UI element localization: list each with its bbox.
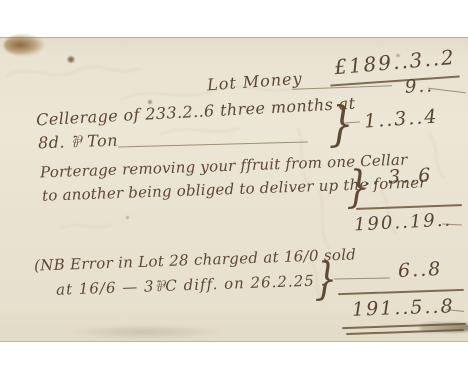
subtotal-value: 190..19.. — [354, 209, 453, 235]
foxing-speck-3 — [126, 216, 129, 219]
error-note-value: 6..8 — [397, 258, 442, 282]
total-rule — [338, 289, 464, 295]
porterage-value: .. 3..6 — [363, 164, 432, 190]
lot-money-value: 9.. — [404, 75, 434, 97]
bottom-smudge — [70, 326, 220, 338]
lot-money-label: Lot Money — [206, 69, 303, 95]
manuscript-page: £189..3..2 Lot Money 9.. Cellerage of 23… — [0, 37, 468, 342]
cellerage-curly-brace: } — [329, 96, 353, 152]
cellerage-line2: 8d. ⅌ Ton — [38, 129, 119, 154]
total-value: 191..5..8 — [352, 295, 455, 321]
cellerage-value: 1..3..4 — [363, 105, 439, 132]
amount-brought-forward: £189..3..2 — [333, 45, 456, 80]
cellerage-leader-dash — [118, 142, 308, 148]
subtotal-rule — [356, 204, 462, 209]
ink-stain-blob — [4, 34, 44, 56]
error-note-leader-dash — [334, 278, 390, 280]
error-note-line2: at 16/6 — 3⅌C diff. on 26.2.25 . — [56, 270, 327, 299]
lot-money-leader-dash — [292, 85, 392, 90]
ink-stain-dot — [67, 56, 75, 63]
total-double-underline-2 — [346, 329, 464, 335]
cellerage-line1: Cellerage of 233.2..6 three months at — [36, 94, 356, 130]
total-double-underline-1 — [342, 323, 466, 329]
